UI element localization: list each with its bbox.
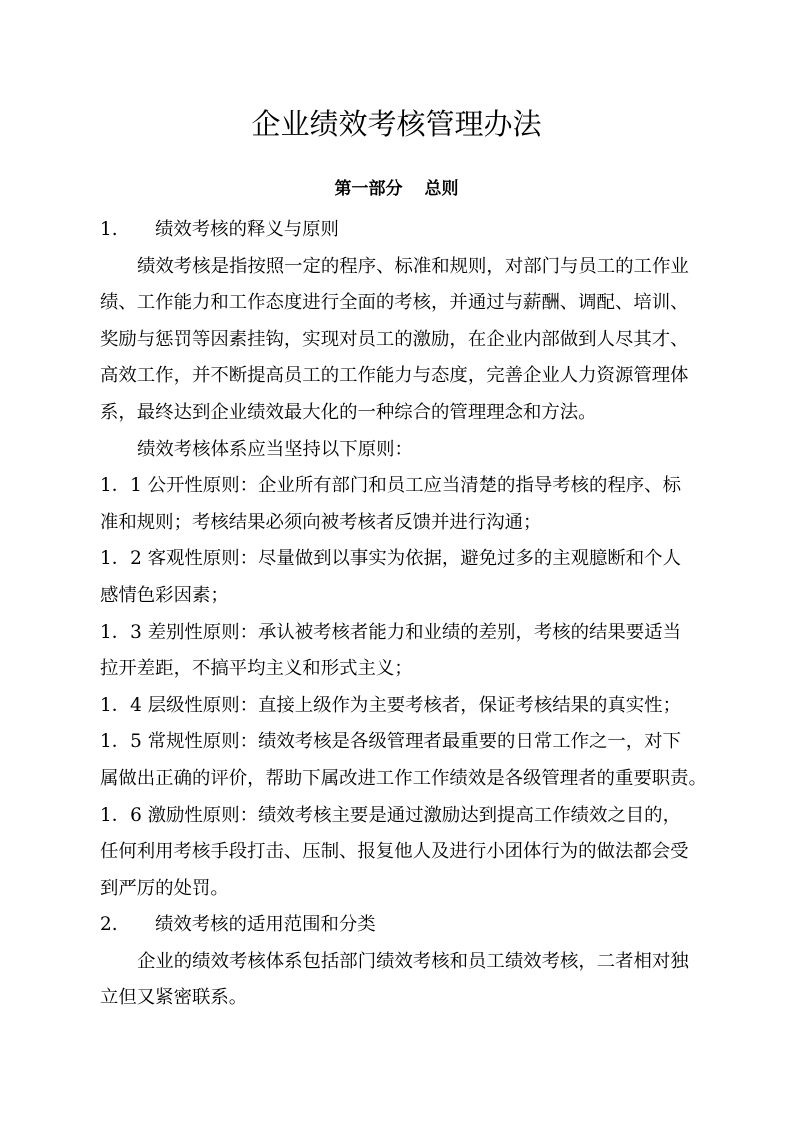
paragraph-line: 绩、工作能力和工作态度进行全面的考核，并通过与薪酬、调配、培训、 — [100, 285, 700, 322]
paragraph-line: 奖励与惩罚等因素挂钩，实现对员工的激励，在企业内部做到人尽其才、 — [100, 322, 700, 359]
section-heading: 1.绩效考核的释义与原则 — [100, 212, 700, 249]
section-number: 2. — [100, 907, 155, 944]
principle-line: 属做出正确的评价，帮助下属改进工作工作绩效是各级管理者的重要职责。 — [100, 761, 700, 798]
principle-line: 1．6 激励性原则：绩效考核主要是通过激励达到提高工作绩效之目的， — [100, 798, 700, 835]
paragraph-line: 立但又紧密联系。 — [100, 980, 700, 1017]
principle-line: 准和规则；考核结果必须向被考核者反馈并进行沟通； — [100, 505, 700, 542]
principle-line: 拉开差距，不搞平均主义和形式主义； — [100, 651, 700, 688]
principles-intro: 绩效考核体系应当坚持以下原则： — [100, 432, 700, 469]
paragraph-line: 高效工作，并不断提高员工的工作能力与态度，完善企业人力资源管理体 — [100, 358, 700, 395]
part-heading: 第一部分总则 — [0, 176, 793, 202]
document-title: 企业绩效考核管理办法 — [0, 104, 793, 144]
principle-line: 到严厉的处罚。 — [100, 871, 700, 908]
section-number: 1. — [100, 212, 155, 249]
part-label: 第一部分 — [335, 179, 403, 199]
paragraph-line: 绩效考核是指按照一定的程序、标准和规则，对部门与员工的工作业 — [100, 249, 700, 286]
principle-line: 1．5 常规性原则：绩效考核是各级管理者最重要的日常工作之一，对下 — [100, 724, 700, 761]
principle-line: 1．4 层级性原则：直接上级作为主要考核者，保证考核结果的真实性； — [100, 688, 700, 725]
principle-line: 感情色彩因素； — [100, 578, 700, 615]
part-name: 总则 — [425, 179, 459, 199]
principle-line: 任何利用考核手段打击、压制、报复他人及进行小团体行为的做法都会受 — [100, 834, 700, 871]
principle-line: 1．3 差别性原则：承认被考核者能力和业绩的差别，考核的结果要适当 — [100, 615, 700, 652]
principle-line: 1．2 客观性原则：尽量做到以事实为依据，避免过多的主观臆断和个人 — [100, 541, 700, 578]
principle-line: 1．1 公开性原则：企业所有部门和员工应当清楚的指导考核的程序、标 — [100, 468, 700, 505]
document-body: 1.绩效考核的释义与原则 绩效考核是指按照一定的程序、标准和规则，对部门与员工的… — [100, 212, 700, 1017]
section-heading: 2.绩效考核的适用范围和分类 — [100, 907, 700, 944]
paragraph-line: 系，最终达到企业绩效最大化的一种综合的管理理念和方法。 — [100, 395, 700, 432]
paragraph-line: 企业的绩效考核体系包括部门绩效考核和员工绩效考核，二者相对独 — [100, 944, 700, 981]
document-page: 企业绩效考核管理办法 第一部分总则 1.绩效考核的释义与原则 绩效考核是指按照一… — [0, 0, 793, 1122]
section-title: 绩效考核的适用范围和分类 — [155, 914, 376, 935]
section-title: 绩效考核的释义与原则 — [155, 219, 339, 240]
